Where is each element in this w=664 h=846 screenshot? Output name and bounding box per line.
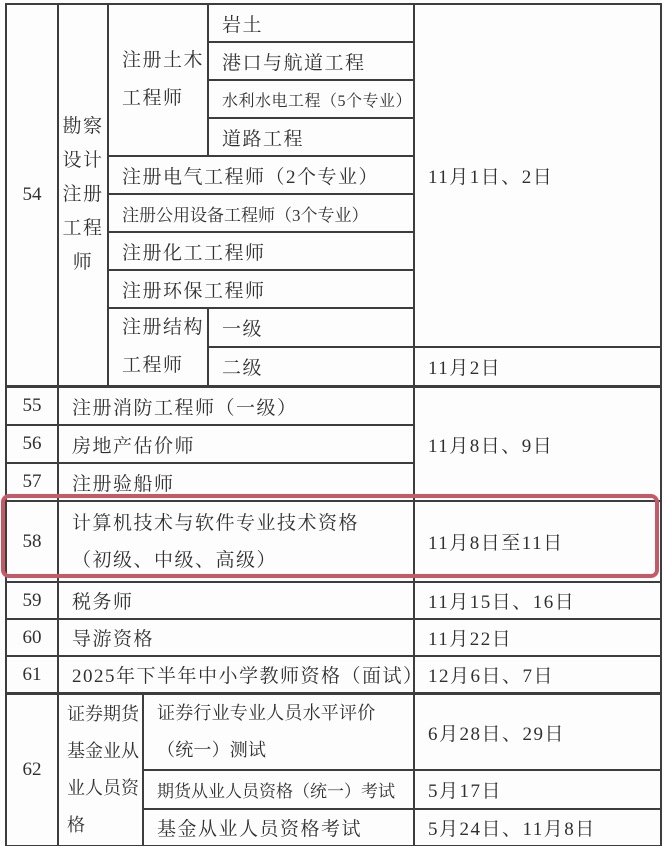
table-section-55-61: 55 注册消防工程师（一级） 11月8日、9日 56 房地产估价师 57 注册验… — [5, 386, 662, 694]
civil-engineer-label: 注册土木工程师 — [108, 4, 208, 156]
date-cell-jun-28-29: 6月28日、29日 — [414, 694, 661, 770]
row-54-category: 勘察设计注册工程师 — [58, 4, 108, 386]
row-59-number: 59 — [6, 582, 58, 619]
date-cell-nov-22: 11月22日 — [414, 619, 661, 656]
exam-teacher-qualification: 2025年下半年中小学教师资格（面试） — [58, 656, 414, 693]
exam-securities-evaluation: 证券行业专业人员水平评价（统一）测试 — [143, 694, 414, 770]
exam-fund-qualification: 基金从业人员资格考试 — [143, 809, 414, 846]
exam-computer-name-line1: 计算机技术与软件专业技术资格 — [72, 505, 409, 542]
specialty-water-conservancy: 水利水电工程（5个专业） — [208, 80, 414, 118]
row-57-number: 57 — [6, 463, 58, 501]
exam-fire-engineer: 注册消防工程师（一级） — [58, 387, 414, 425]
row-62-number: 62 — [6, 694, 58, 846]
date-cell-may-24-nov-8: 5月24日、11月8日 — [414, 809, 661, 846]
exam-tax-agent: 税务师 — [58, 582, 414, 619]
exam-ship-surveyor: 注册验船师 — [58, 463, 414, 501]
exam-chemical-engineer: 注册化工工程师 — [108, 232, 414, 270]
date-cell-dec-6-7: 12月6日、7日 — [414, 656, 661, 693]
row-62-category: 证券期货基金业从业人员资格 — [58, 694, 143, 846]
row-60-number: 60 — [6, 619, 58, 656]
date-cell-nov-2: 11月2日 — [414, 347, 661, 386]
specialty-geotechnical: 岩土 — [208, 4, 414, 42]
date-cell-nov-15-16: 11月15日、16日 — [414, 582, 661, 619]
exam-computer-name-line2: （初级、中级、高级） — [72, 542, 409, 579]
structural-level-2: 二级 — [208, 347, 414, 386]
row-61-number: 61 — [6, 656, 58, 693]
table-section-54: 54 勘察设计注册工程师 注册土木工程师 岩土 11月1日、2日 港口与航道工程… — [5, 3, 662, 387]
specialty-port-waterway: 港口与航道工程 — [208, 42, 414, 80]
row-56-number: 56 — [6, 425, 58, 463]
specialty-road: 道路工程 — [208, 118, 414, 156]
structural-level-1: 一级 — [208, 308, 414, 347]
date-cell-may-17: 5月17日 — [414, 770, 661, 809]
exam-schedule-table: 54 勘察设计注册工程师 注册土木工程师 岩土 11月1日、2日 港口与航道工程… — [5, 3, 660, 846]
structural-engineer-label: 注册结构工程师 — [108, 308, 208, 386]
exam-environmental-engineer: 注册环保工程师 — [108, 270, 414, 308]
exam-tour-guide: 导游资格 — [58, 619, 414, 656]
exam-schedule-document: 54 勘察设计注册工程师 注册土木工程师 岩土 11月1日、2日 港口与航道工程… — [0, 0, 664, 846]
exam-futures-qualification: 期货从业人员资格（统一）考试 — [143, 770, 414, 809]
exam-public-equipment-engineer: 注册公用设备工程师（3个专业） — [108, 194, 414, 232]
table-section-62: 62 证券期货基金业从业人员资格 证券行业专业人员水平评价（统一）测试 6月28… — [5, 693, 662, 846]
row-58-number: 58 — [6, 501, 58, 582]
exam-electrical-engineer: 注册电气工程师（2个专业） — [108, 156, 414, 194]
date-cell-nov-8-to-11: 11月8日至11日 — [414, 501, 661, 582]
row-54-number: 54 — [6, 4, 58, 386]
date-cell-nov-8-9: 11月8日、9日 — [414, 387, 661, 501]
row-55-number: 55 — [6, 387, 58, 425]
exam-real-estate-appraiser: 房地产估价师 — [58, 425, 414, 463]
date-cell-nov-1-2: 11月1日、2日 — [414, 4, 661, 347]
exam-computer-software-qualification: 计算机技术与软件专业技术资格 （初级、中级、高级） — [58, 501, 414, 582]
